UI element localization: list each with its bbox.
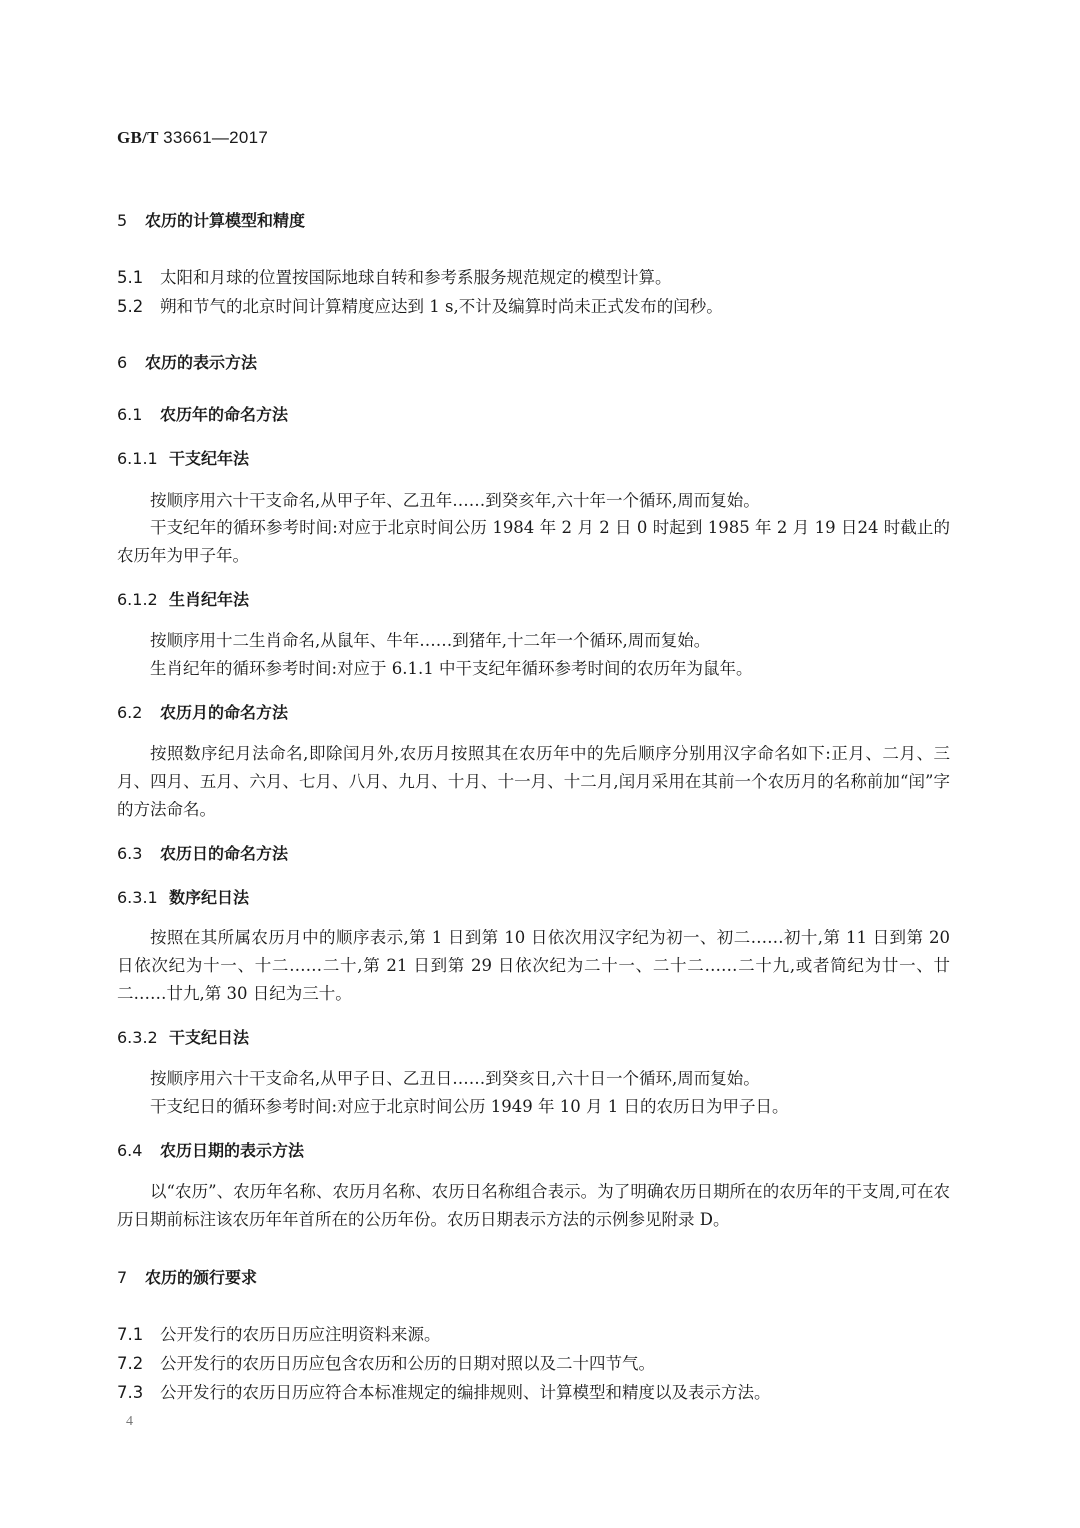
heading-section-6: 6农历的表示方法 (117, 350, 257, 373)
heading-section-6-3-2: 6.3.2干支纪日法 (117, 1025, 249, 1048)
paragraph: 按顺序用六十干支命名,从甲子年、乙丑年……到癸亥年,六十年一个循环,周而复始。 (117, 487, 950, 515)
clause-7-2: 7.2公开发行的农历日历应包含农历和公历的日期对照以及二十四节气。 (117, 1350, 655, 1374)
heading-section-6-1: 6.1农历年的命名方法 (117, 402, 288, 425)
paragraph: 按照数序纪月法命名,即除闰月外,农历月按照其在农历年中的先后顺序分别用汉字命名如… (117, 740, 950, 824)
heading-section-6-3-1: 6.3.1数序纪日法 (117, 885, 249, 908)
paragraph: 生肖纪年的循环参考时间:对应于 6.1.1 中干支纪年循环参考时间的农历年为鼠年… (117, 655, 950, 683)
standard-code: GB/T 33661—2017 (117, 128, 268, 148)
heading-section-6-1-2: 6.1.2生肖纪年法 (117, 587, 249, 610)
clause-5-1: 5.1太阳和月球的位置按国际地球自转和参考系服务规范规定的模型计算。 (117, 264, 672, 288)
heading-section-7: 7农历的颁行要求 (117, 1265, 257, 1288)
paragraph: 按顺序用十二生肖命名,从鼠年、牛年……到猪年,十二年一个循环,周而复始。 (117, 627, 950, 655)
page-number: 4 (126, 1414, 133, 1430)
paragraph: 按顺序用六十干支命名,从甲子日、乙丑日……到癸亥日,六十日一个循环,周而复始。 (117, 1065, 950, 1093)
heading-section-6-4: 6.4农历日期的表示方法 (117, 1138, 304, 1161)
clause-5-2: 5.2朔和节气的北京时间计算精度应达到 1 s,不计及编算时尚未正式发布的闰秒。 (117, 293, 723, 317)
heading-section-6-2: 6.2农历月的命名方法 (117, 700, 288, 723)
standard-prefix: GB/T (117, 128, 159, 147)
paragraph: 干支纪年的循环参考时间:对应于北京时间公历 1984 年 2 月 2 日 0 时… (117, 514, 950, 570)
heading-section-6-3: 6.3农历日的命名方法 (117, 841, 288, 864)
heading-section-5: 5农历的计算模型和精度 (117, 208, 305, 231)
clause-7-1: 7.1公开发行的农历日历应注明资料来源。 (117, 1321, 441, 1345)
standard-number: 33661—2017 (163, 128, 268, 147)
paragraph: 以“农历”、农历年名称、农历月名称、农历日名称组合表示。为了明确农历日期所在的农… (117, 1178, 950, 1234)
heading-section-6-1-1: 6.1.1干支纪年法 (117, 446, 249, 469)
paragraph: 干支纪日的循环参考时间:对应于北京时间公历 1949 年 10 月 1 日的农历… (117, 1093, 950, 1121)
clause-7-3: 7.3公开发行的农历日历应符合本标准规定的编排规则、计算模型和精度以及表示方法。 (117, 1379, 771, 1403)
paragraph: 按照在其所属农历月中的顺序表示,第 1 日到第 10 日依次用汉字纪为初一、初二… (117, 924, 950, 1008)
